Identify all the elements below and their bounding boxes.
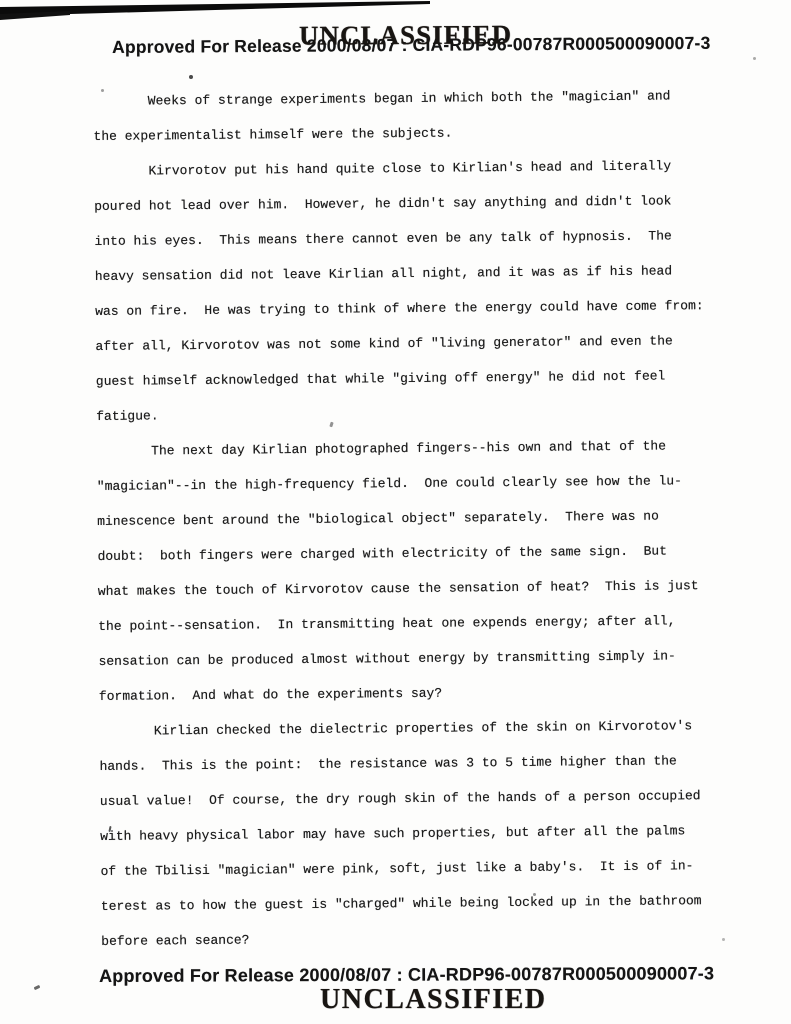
scanned-document-page: Approved For Release 2000/08/07 : CIA-RD… [0, 0, 791, 1024]
typed-line: sensation can be produced almost without… [98, 638, 738, 679]
scan-speck [753, 57, 756, 60]
footer-unclassified-stamp: UNCLASSIFIED [320, 984, 547, 1016]
header-unclassified-stamp: UNCLASSIFIED [299, 19, 512, 51]
typed-line: guest himself acknowledged that while "g… [96, 358, 736, 399]
paragraph: Kirvorotov put his hand quite close to K… [94, 148, 737, 434]
paragraph: Kirlian checked the dielectric propertie… [99, 708, 741, 959]
typed-line: before each seance? [101, 918, 741, 959]
typed-line: terest as to how the guest is "charged" … [101, 883, 741, 924]
scan-speck [189, 75, 193, 79]
typed-line: Weeks of strange experiments began in wh… [93, 78, 733, 119]
scan-speck [34, 985, 41, 990]
document-body: Weeks of strange experiments began in wh… [93, 78, 741, 959]
paragraph: Weeks of strange experiments began in wh… [93, 78, 734, 154]
paragraph: The next day Kirlian photographed finger… [96, 428, 739, 714]
